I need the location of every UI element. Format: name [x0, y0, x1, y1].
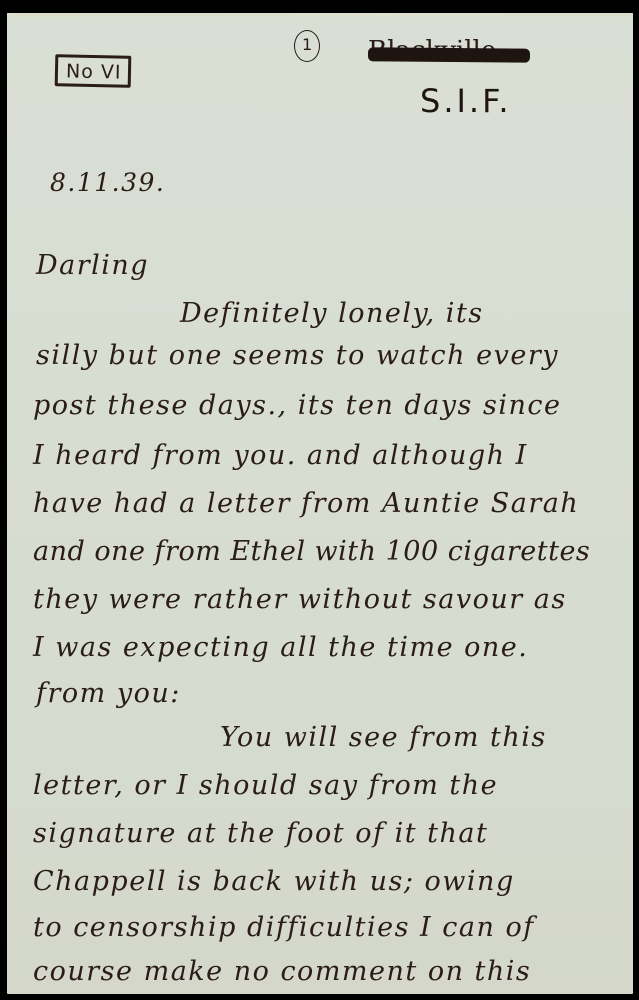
letter-date: 8.11.39. — [50, 170, 165, 195]
body-line: signature at the foot of it that — [33, 820, 488, 847]
page-number-circle: 1 — [294, 30, 320, 62]
body-line: Chappell is back with us; owing — [33, 868, 515, 895]
salutation: Darling — [36, 252, 149, 279]
body-line: and one from Ethel with 100 cigarettes — [33, 538, 590, 565]
body-line: from you: — [36, 680, 181, 707]
body-line: post these days., its ten days since — [33, 392, 561, 419]
body-line: they were rather without savour as — [33, 586, 567, 613]
reference-number-box: No VI — [55, 54, 132, 88]
reference-number: No VI — [66, 60, 122, 83]
page-number: 1 — [302, 35, 312, 54]
body-line: Definitely lonely, its — [180, 300, 484, 327]
body-line: I heard from you. and although I — [33, 442, 528, 469]
body-line: You will see from this — [220, 724, 547, 751]
body-line: silly but one seems to watch every — [36, 342, 559, 369]
body-line: letter, or I should say from the — [33, 772, 498, 799]
body-line: to censorship difficulties I can of — [33, 914, 535, 941]
strikethrough-mark — [368, 47, 530, 62]
body-line: course make no comment on this — [33, 958, 531, 985]
body-line: I was expecting all the time one. — [33, 634, 528, 661]
sender-location: S.I.F. — [420, 82, 512, 120]
body-line: have had a letter from Auntie Sarah — [33, 490, 579, 517]
